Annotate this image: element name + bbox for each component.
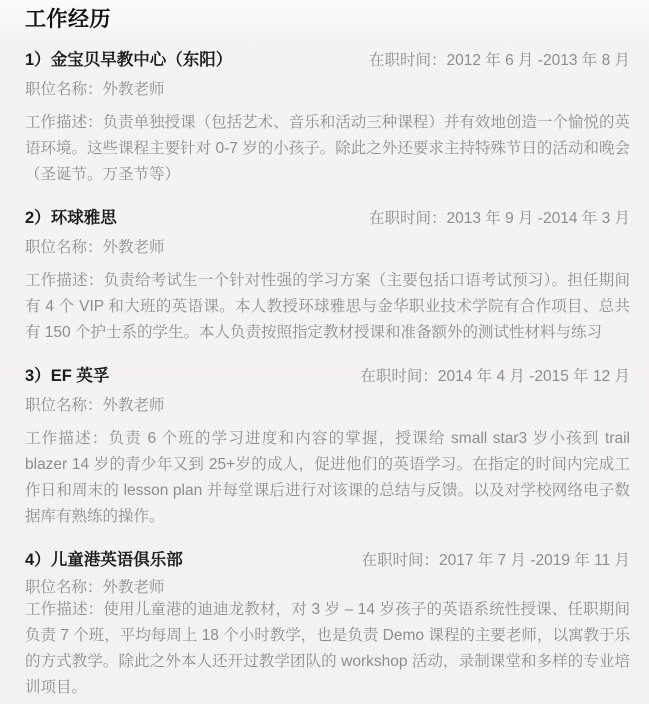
company-name-text: 环球雅思: [51, 209, 117, 227]
entry-header: 3）EF 英孚 在职时间：2014 年 4 月 -2015 年 12 月: [25, 366, 630, 387]
position-row: 职位名称：外教老师: [25, 239, 630, 257]
company-name: 2）环球雅思: [25, 208, 117, 228]
employment-duration: 在职时间：2014 年 4 月 -2015 年 12 月: [360, 367, 630, 387]
position-value: 外教老师: [103, 239, 165, 256]
position-row: 职位名称：外教老师: [25, 397, 630, 415]
company-name-text: 金宝贝早教中心（东阳）: [51, 51, 233, 69]
description-text: 负责 6 个班的学习进度和内容的掌握，授课给 small star3 岁小孩到 …: [25, 430, 630, 525]
description-text: 负责单独授课（包括艺术、音乐和活动三种课程）并有效地创造一个愉悦的英语环境。这些…: [25, 114, 630, 183]
position-value: 外教老师: [103, 579, 165, 596]
duration-label: 在职时间：: [369, 210, 447, 227]
position-row: 职位名称：外教老师: [25, 81, 630, 99]
entry-header: 1）金宝贝早教中心（东阳） 在职时间：2012 年 6 月 -2013 年 8 …: [25, 50, 630, 71]
entry-number: 4）: [25, 551, 51, 569]
description-label: 工作描述：: [25, 272, 104, 289]
company-name-text: 儿童港英语俱乐部: [51, 551, 183, 569]
work-experience-section: 工作经历 1）金宝贝早教中心（东阳） 在职时间：2012 年 6 月 -2013…: [0, 0, 649, 704]
duration-label: 在职时间：: [369, 52, 447, 69]
work-entry: 3）EF 英孚 在职时间：2014 年 4 月 -2015 年 12 月 职位名…: [25, 366, 630, 530]
position-value: 外教老师: [103, 81, 165, 98]
entry-number: 1）: [25, 51, 51, 69]
employment-duration: 在职时间：2012 年 6 月 -2013 年 8 月: [369, 51, 630, 71]
employment-duration: 在职时间：2017 年 7 月 -2019 年 11 月: [362, 551, 631, 571]
duration-value: 2013 年 9 月 -2014 年 3 月: [446, 210, 630, 227]
work-entry: 2）环球雅思 在职时间：2013 年 9 月 -2014 年 3 月 职位名称：…: [25, 208, 630, 346]
company-name: 4）儿童港英语俱乐部: [25, 550, 183, 570]
company-name: 3）EF 英孚: [25, 366, 109, 386]
entry-header: 4）儿童港英语俱乐部 在职时间：2017 年 7 月 -2019 年 11 月: [25, 550, 630, 571]
entry-header: 2）环球雅思 在职时间：2013 年 9 月 -2014 年 3 月: [25, 208, 630, 229]
position-label: 职位名称：: [25, 239, 103, 256]
position-value: 外教老师: [103, 397, 165, 414]
description-label: 工作描述：: [25, 114, 103, 131]
work-entry: 1）金宝贝早教中心（东阳） 在职时间：2012 年 6 月 -2013 年 8 …: [25, 50, 630, 188]
entry-number: 3）: [25, 367, 51, 385]
description-text: 使用儿童港的迪迪龙教材，对 3 岁 – 14 岁孩子的英语系统性授课、任职期间负…: [25, 601, 630, 696]
duration-label: 在职时间：: [360, 368, 438, 385]
job-description: 工作描述：使用儿童港的迪迪龙教材，对 3 岁 – 14 岁孩子的英语系统性授课、…: [25, 597, 630, 701]
job-description: 工作描述：负责单独授课（包括艺术、音乐和活动三种课程）并有效地创造一个愉悦的英语…: [25, 110, 630, 188]
duration-label: 在职时间：: [362, 552, 440, 569]
position-row: 职位名称：外教老师: [25, 579, 630, 597]
job-description: 工作描述：负责给考试生一个针对性强的学习方案（主要包括口语考试预习）。担任期间有…: [25, 268, 630, 346]
description-text: 负责给考试生一个针对性强的学习方案（主要包括口语考试预习）。担任期间有 4 个 …: [25, 272, 630, 341]
duration-value: 2014 年 4 月 -2015 年 12 月: [438, 368, 630, 385]
description-label: 工作描述：: [25, 601, 103, 618]
position-label: 职位名称：: [25, 579, 103, 596]
entry-number: 2）: [25, 209, 51, 227]
work-entry: 4）儿童港英语俱乐部 在职时间：2017 年 7 月 -2019 年 11 月 …: [25, 550, 630, 701]
employment-duration: 在职时间：2013 年 9 月 -2014 年 3 月: [369, 209, 630, 229]
position-label: 职位名称：: [25, 81, 103, 98]
position-label: 职位名称：: [25, 397, 103, 414]
description-label: 工作描述：: [25, 430, 109, 447]
duration-value: 2017 年 7 月 -2019 年 11 月: [439, 552, 630, 569]
company-name-text: EF 英孚: [51, 367, 110, 385]
job-description: 工作描述：负责 6 个班的学习进度和内容的掌握，授课给 small star3 …: [25, 426, 630, 530]
duration-value: 2012 年 6 月 -2013 年 8 月: [446, 52, 630, 69]
company-name: 1）金宝贝早教中心（东阳）: [25, 50, 232, 70]
page-title: 工作经历: [25, 8, 630, 32]
